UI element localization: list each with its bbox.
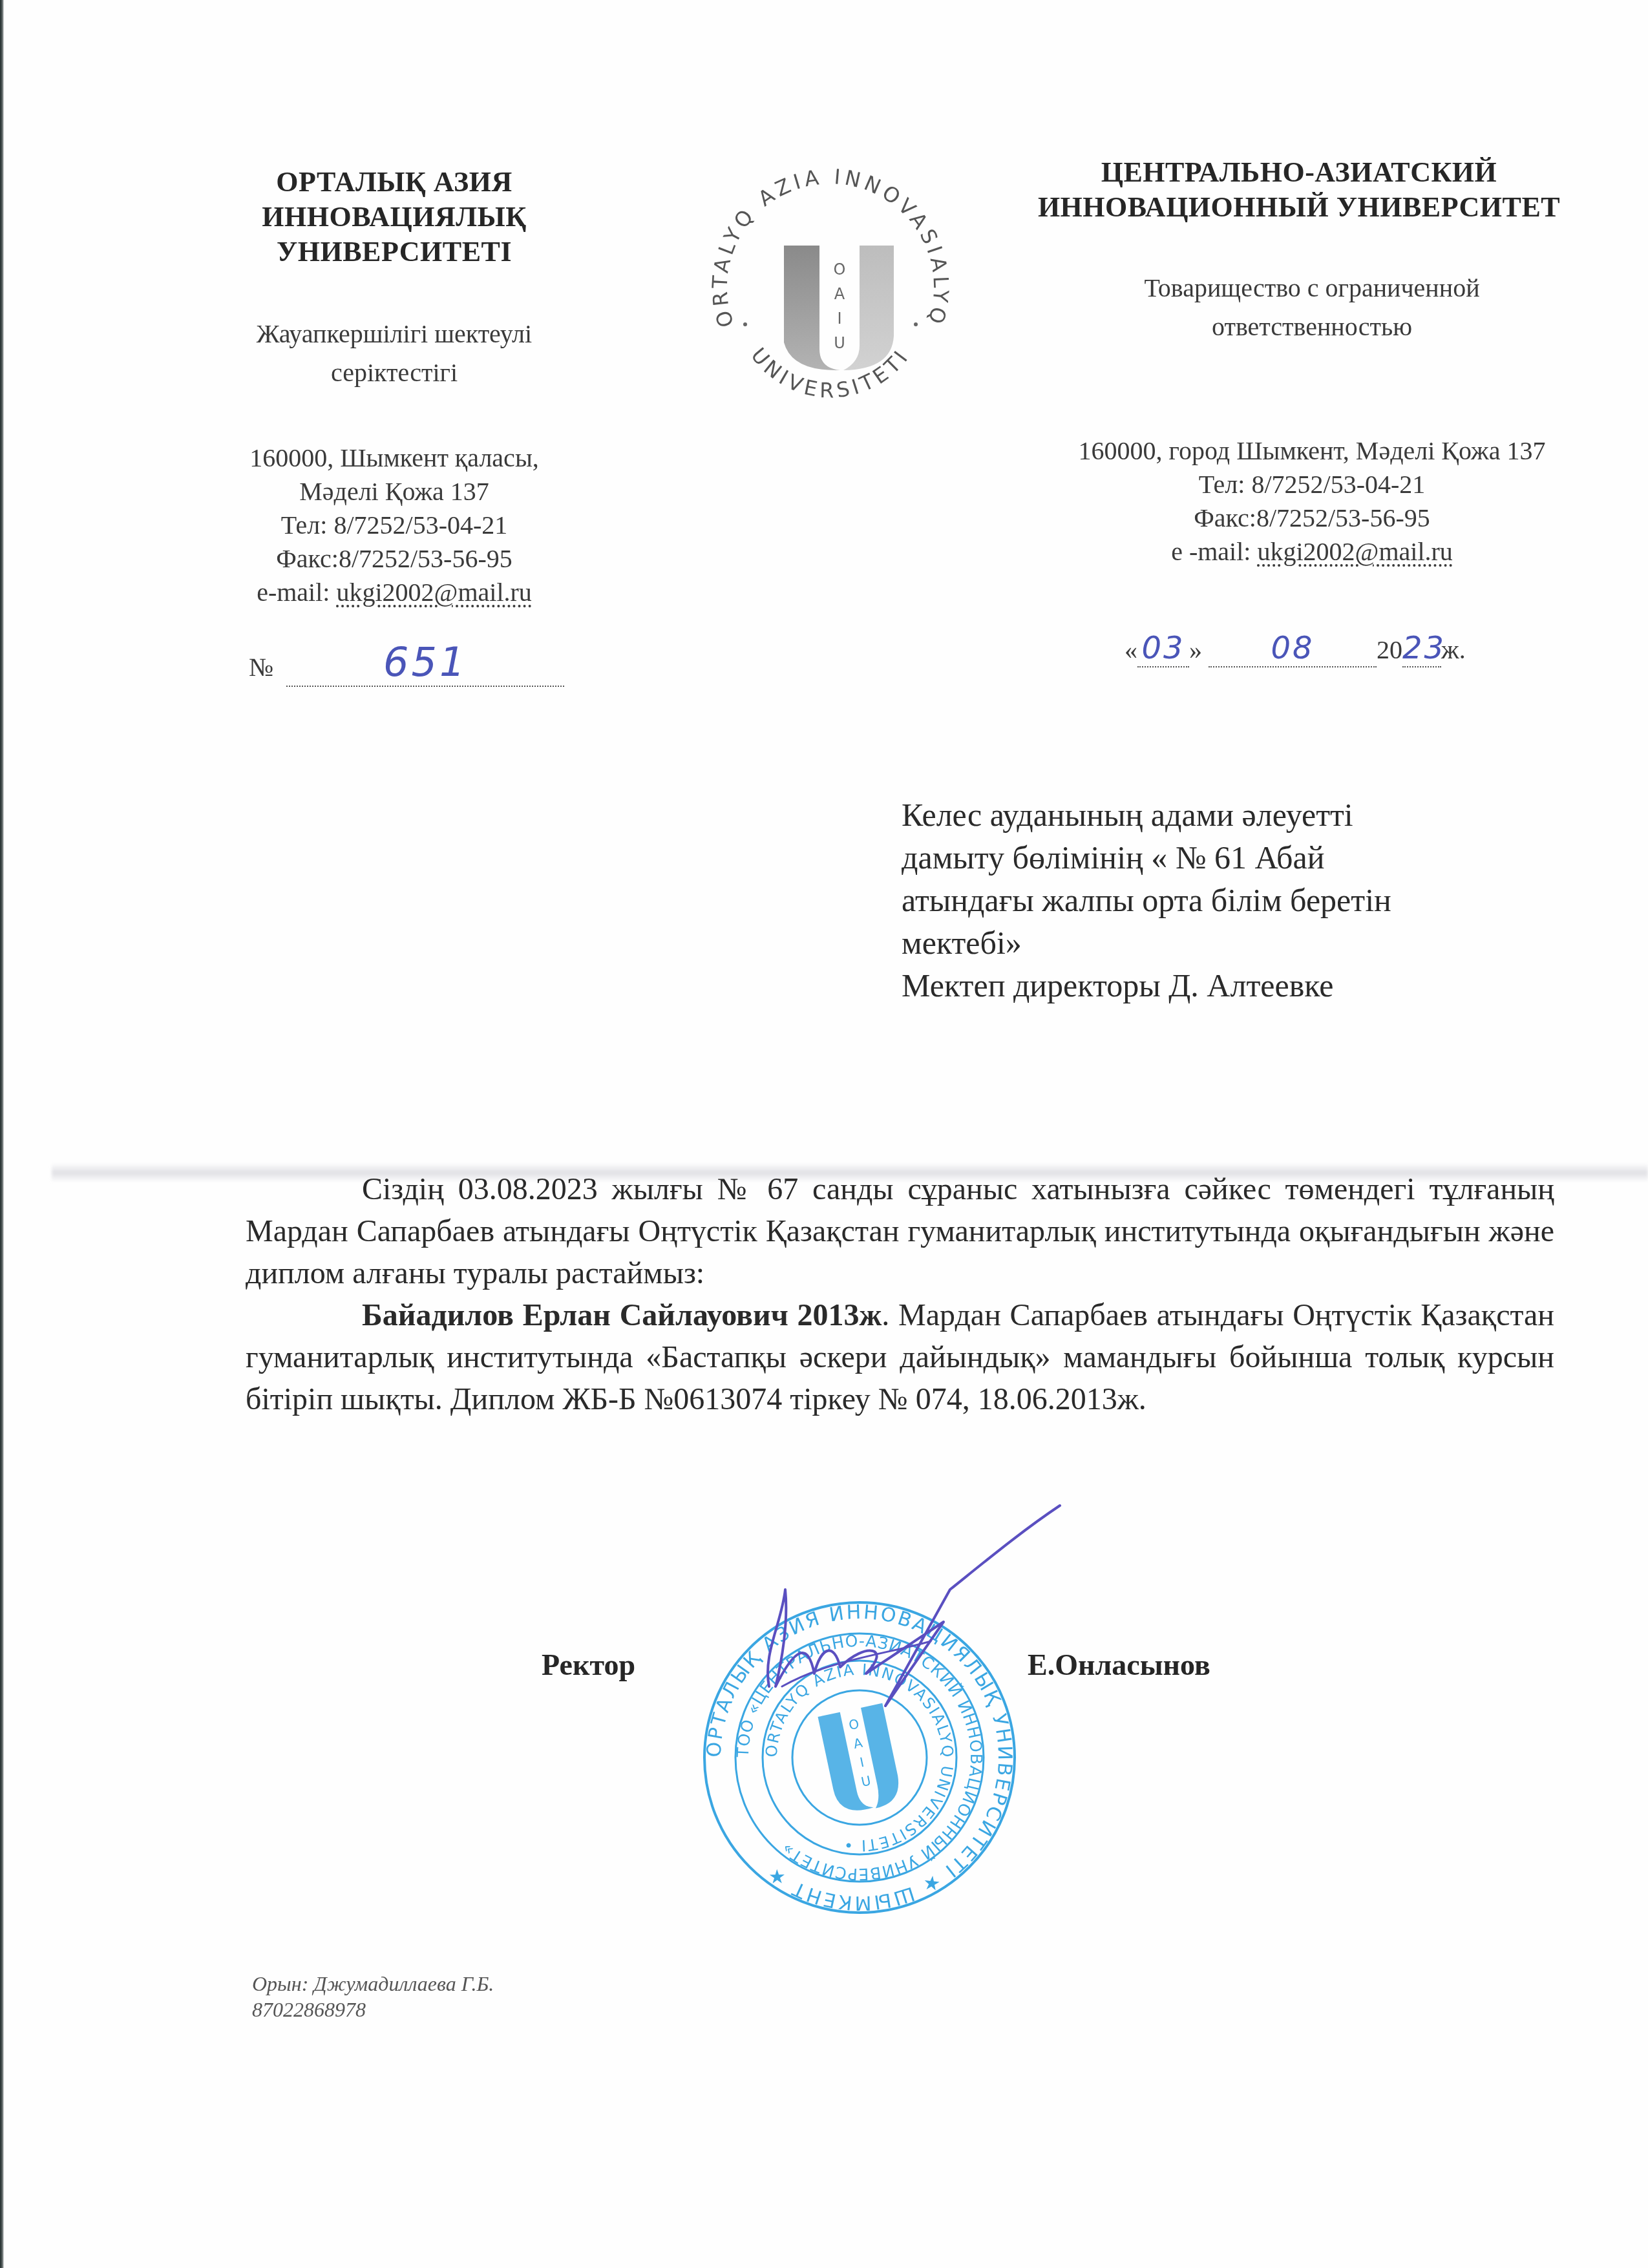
address-line: 160000, город Шымкент, Мәделі Қожа 137 [1015,434,1609,468]
email-link[interactable]: ukgi2002@mail.ru [1257,537,1452,566]
svg-text:U: U [860,1772,872,1790]
letter-body: Сіздің 03.08.2023 жылғы № 67 санды сұран… [246,1168,1554,1420]
date-year-prefix: 20 [1377,635,1402,664]
legal-form-line: ответственностью [1015,308,1609,346]
official-stamp: ОРТАЛЫҚ АЗИЯ ИННОВАЦИЯЛЫҚ УНИВЕРСИТЕТІ ★… [698,1596,1021,1919]
svg-text:U: U [834,334,845,352]
org-name-line: ОРТАЛЫҚ АЗИЯ [194,165,595,200]
addressee-line: Мектеп директоры Д. Алтеевке [902,964,1483,1007]
graduate-name: Байадилов Ерлан Сайлауович 2013ж [362,1298,882,1332]
svg-text:A: A [834,285,845,303]
outgoing-number: № 651 [249,638,564,687]
org-name-line: УНИВЕРСИТЕТІ [194,235,595,269]
date-day-field: 03 [1137,630,1189,667]
email-label: e-mail: [257,578,336,607]
handwritten-year: 23 [1402,630,1446,666]
executor-phone: 87022868978 [252,1997,494,2022]
letterhead-left: ОРТАЛЫҚ АЗИЯ ИННОВАЦИЯЛЫҚ УНИВЕРСИТЕТІ Ж… [194,165,595,609]
date-month-field: 08 [1209,630,1377,667]
email-line: e-mail: ukgi2002@mail.ru [194,576,595,609]
org-name-line: ИННОВАЦИОННЫЙ УНИВЕРСИТЕТ [989,190,1609,225]
legal-form-line: Товарищество с ограниченной [1015,269,1609,308]
date-year-field: 23 [1402,630,1441,667]
addressee-line: атындағы жалпы орта білім беретін [902,879,1483,921]
phone: Тел: 8/7252/53-04-21 [1015,468,1609,501]
date-quote-close: » [1189,635,1202,664]
org-name-line: ИННОВАЦИЯЛЫҚ [194,200,595,235]
addressee-line: Келес ауданының адами әлеуетті [902,793,1483,836]
letterhead-right: ЦЕНТРАЛЬНО-АЗИАТСКИЙ ИННОВАЦИОННЫЙ УНИВЕ… [989,155,1609,569]
legal-form-kk: Жауапкершілігі шектеулі серіктестігі [194,315,595,392]
email-line: e -mail: ukgi2002@mail.ru [1015,535,1609,569]
addressee-block: Келес ауданының адами әлеуетті дамыту бө… [902,793,1483,1007]
phone: Тел: 8/7252/53-04-21 [194,509,595,542]
svg-text:O: O [834,260,846,278]
email-label: e -mail: [1171,537,1257,566]
number-field: 651 [286,638,564,687]
fax: Факс:8/7252/53-56-95 [194,542,595,576]
contact-block-kk: 160000, Шымкент қаласы, Мәделі Қожа 137 … [194,441,595,609]
handwritten-month: 08 [1271,630,1314,666]
logo-ring-top: ORTALYQ AZIA INNOVASIALYQ [708,164,954,330]
email-link[interactable]: ukgi2002@mail.ru [336,578,531,607]
legal-form-ru: Товарищество с ограниченной ответственно… [989,269,1609,346]
university-logo: ORTALYQ AZIA INNOVASIALYQ UNIVERSITETI O… [695,155,966,426]
number-label: № [249,653,273,682]
date-suffix: ж. [1441,635,1466,664]
executor-name: Орын: Джумадиллаева Г.Б. [252,1971,494,1997]
logo-ring-bottom: UNIVERSITETI [746,343,914,403]
handwritten-number: 651 [383,638,467,686]
body-paragraph: Байадилов Ерлан Сайлауович 2013ж. Мардан… [246,1294,1554,1420]
svg-text:I: I [837,310,841,328]
date-quote-open: « [1125,635,1137,664]
org-name-ru: ЦЕНТРАЛЬНО-АЗИАТСКИЙ ИННОВАЦИОННЫЙ УНИВЕ… [989,155,1609,225]
executor-note: Орын: Джумадиллаева Г.Б. 87022868978 [252,1971,494,2022]
org-name-kk: ОРТАЛЫҚ АЗИЯ ИННОВАЦИЯЛЫҚ УНИВЕРСИТЕТІ [194,165,595,269]
address-line: Мәделі Қожа 137 [194,475,595,509]
handwritten-signature [672,1493,1086,1764]
signatory-role: Ректор [542,1648,635,1682]
address-line: 160000, Шымкент қаласы, [194,441,595,475]
org-name-line: ЦЕНТРАЛЬНО-АЗИАТСКИЙ [989,155,1609,190]
addressee-line: мектебі» [902,921,1483,964]
addressee-line: дамыту бөлімінің « № 61 Абай [902,836,1483,879]
fax: Факс:8/7252/53-56-95 [1015,501,1609,535]
handwritten-day: 03 [1141,630,1185,666]
contact-block-ru: 160000, город Шымкент, Мәделі Қожа 137 Т… [989,434,1609,569]
legal-form-line: Жауапкершілігі шектеулі [194,315,595,353]
letter-date: «03» 082023ж. [1125,630,1466,667]
scan-edge [0,0,4,2268]
letter-page: ОРТАЛЫҚ АЗИЯ ИННОВАЦИЯЛЫҚ УНИВЕРСИТЕТІ Ж… [0,0,1648,2268]
body-paragraph: Сіздің 03.08.2023 жылғы № 67 санды сұран… [246,1168,1554,1294]
legal-form-line: серіктестігі [194,353,595,392]
